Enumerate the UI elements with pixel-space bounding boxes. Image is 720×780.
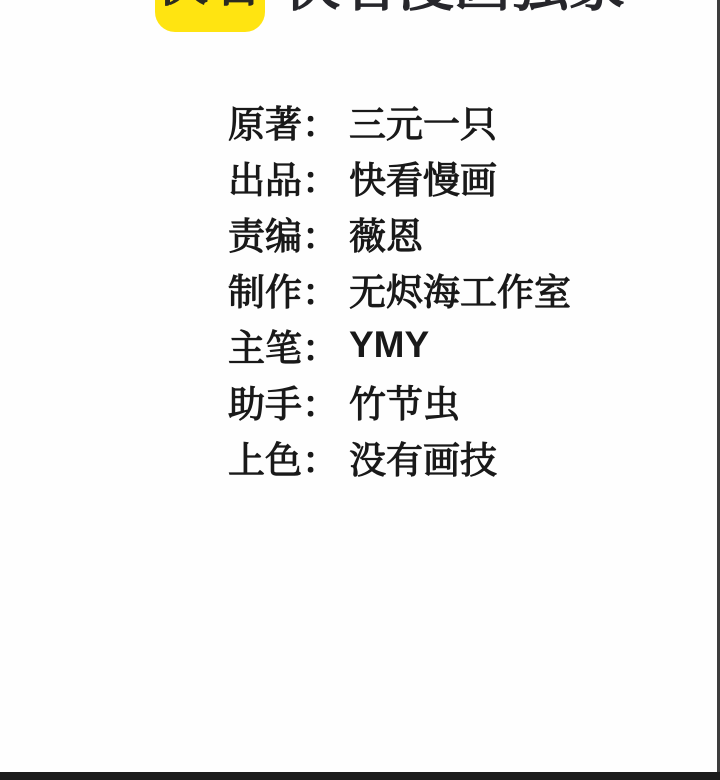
credit-row-producer: 出品：快看慢画 [228,149,571,205]
credit-row-assistant: 助手：竹节虫 [228,373,571,429]
credit-value: 没有画技 [349,430,497,484]
credit-value: 三元一只 [349,94,497,148]
credit-colon: ： [302,94,339,148]
credit-row-studio: 制作：无烬海工作室 [228,261,571,317]
credit-value: 竹节虫 [349,374,460,428]
credit-label: 原著 [228,94,302,148]
credit-colon: ： [302,262,339,316]
credit-colon: ： [302,150,339,204]
credit-row-colorist: 上色：没有画技 [228,429,571,485]
credit-row-editor: 责编：薇恩 [228,205,571,261]
credit-colon: ： [302,318,339,372]
credit-label: 助手 [228,374,302,428]
credit-colon: ： [302,374,339,428]
credits-list: 原著：三元一只 出品：快看慢画 责编：薇恩 制作：无烬海工作室 主笔：YMY 助… [228,93,571,485]
kuaikan-logo-text: 快看 [156,0,264,16]
credit-label: 制作 [228,262,302,316]
credit-label: 主笔 [228,318,302,372]
credit-value: 无烬海工作室 [349,262,571,316]
credit-colon: ： [302,206,339,260]
credit-value: 快看慢画 [349,150,497,204]
credit-value: 薇恩 [349,206,423,260]
comic-credits-page: 快看 快看漫画独家 原著：三元一只 出品：快看慢画 责编：薇恩 制作：无烬海工作… [0,0,720,780]
credit-colon: ： [302,430,339,484]
credit-row-lead-artist: 主笔：YMY [228,317,571,373]
kuaikan-logo: 快看 [155,0,265,32]
credit-row-original-author: 原著：三元一只 [228,93,571,149]
credit-label: 上色 [228,430,302,484]
credit-label: 出品 [228,150,302,204]
page-title: 快看漫画独家 [283,0,625,20]
credit-value: YMY [349,324,429,366]
bottom-edge-bar [0,772,720,780]
credit-label: 责编 [228,206,302,260]
